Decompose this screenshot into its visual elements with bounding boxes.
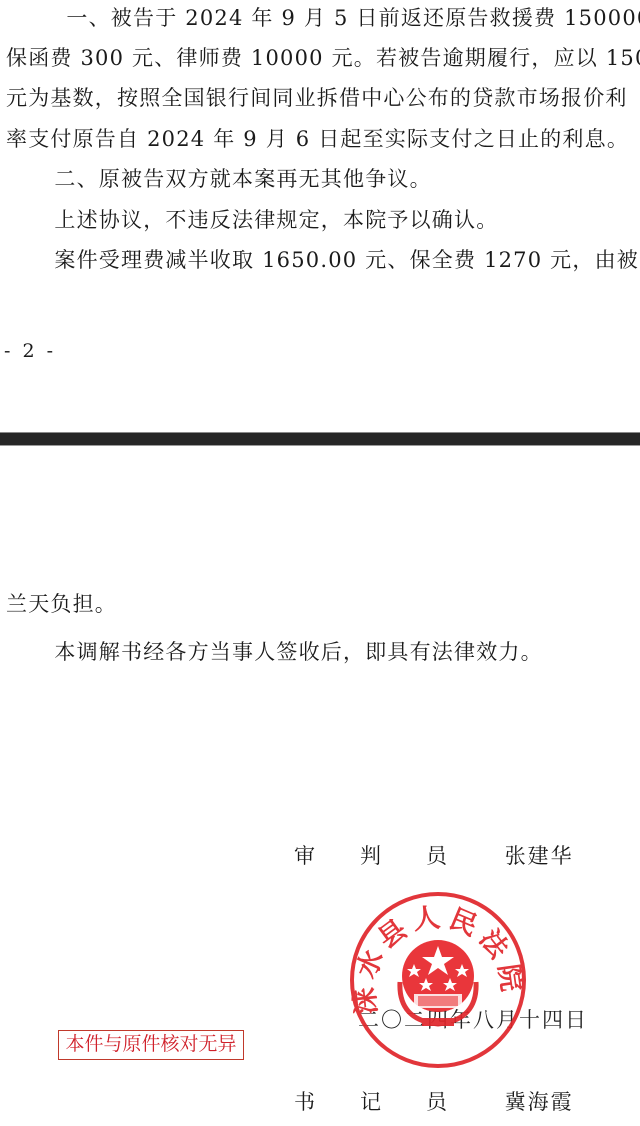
body-line-7: 案件受理费减半收取 1650.00 元、保全费 1270 元，由被告 <box>10 248 640 272</box>
judge-signature-row: 审判员 张建华 <box>294 840 574 870</box>
court-seal-icon: 涞水县人民法院 <box>348 890 528 1070</box>
body-line-9: 本调解书经各方当事人签收后，即具有法律效力。 <box>10 640 543 664</box>
judge-name: 张建华 <box>505 844 574 868</box>
body-line-2: 保函费 300 元、律师费 10000 元。若被告逾期履行，应以 150000 <box>6 46 640 70</box>
body-line-1: 一、被告于 2024 年 9 月 5 日前返还原告救援费 150000 元、 <box>22 6 640 30</box>
clerk-role: 书记员 <box>294 1090 505 1114</box>
judge-role: 审判员 <box>294 844 505 868</box>
page-number: - 2 - <box>4 340 56 362</box>
clerk-name: 冀海霞 <box>505 1090 574 1114</box>
document-page-2: 一、被告于 2024 年 9 月 5 日前返还原告救援费 150000 元、 保… <box>0 0 640 432</box>
body-line-5: 二、原被告双方就本案再无其他争议。 <box>10 167 432 191</box>
body-line-4: 率支付原告自 2024 年 9 月 6 日起至实际支付之日止的利息。 <box>6 127 629 151</box>
verification-stamp: 本件与原件核对无异 <box>58 1030 244 1060</box>
page-divider <box>0 432 640 446</box>
clerk-signature-row: 书记员 冀海霞 <box>294 1086 574 1116</box>
body-line-3: 元为基数，按照全国银行间同业拆借中心公布的贷款市场报价利 <box>6 86 628 110</box>
body-line-8: 兰天负担。 <box>6 592 117 616</box>
body-line-6: 上述协议，不违反法律规定，本院予以确认。 <box>10 208 498 232</box>
